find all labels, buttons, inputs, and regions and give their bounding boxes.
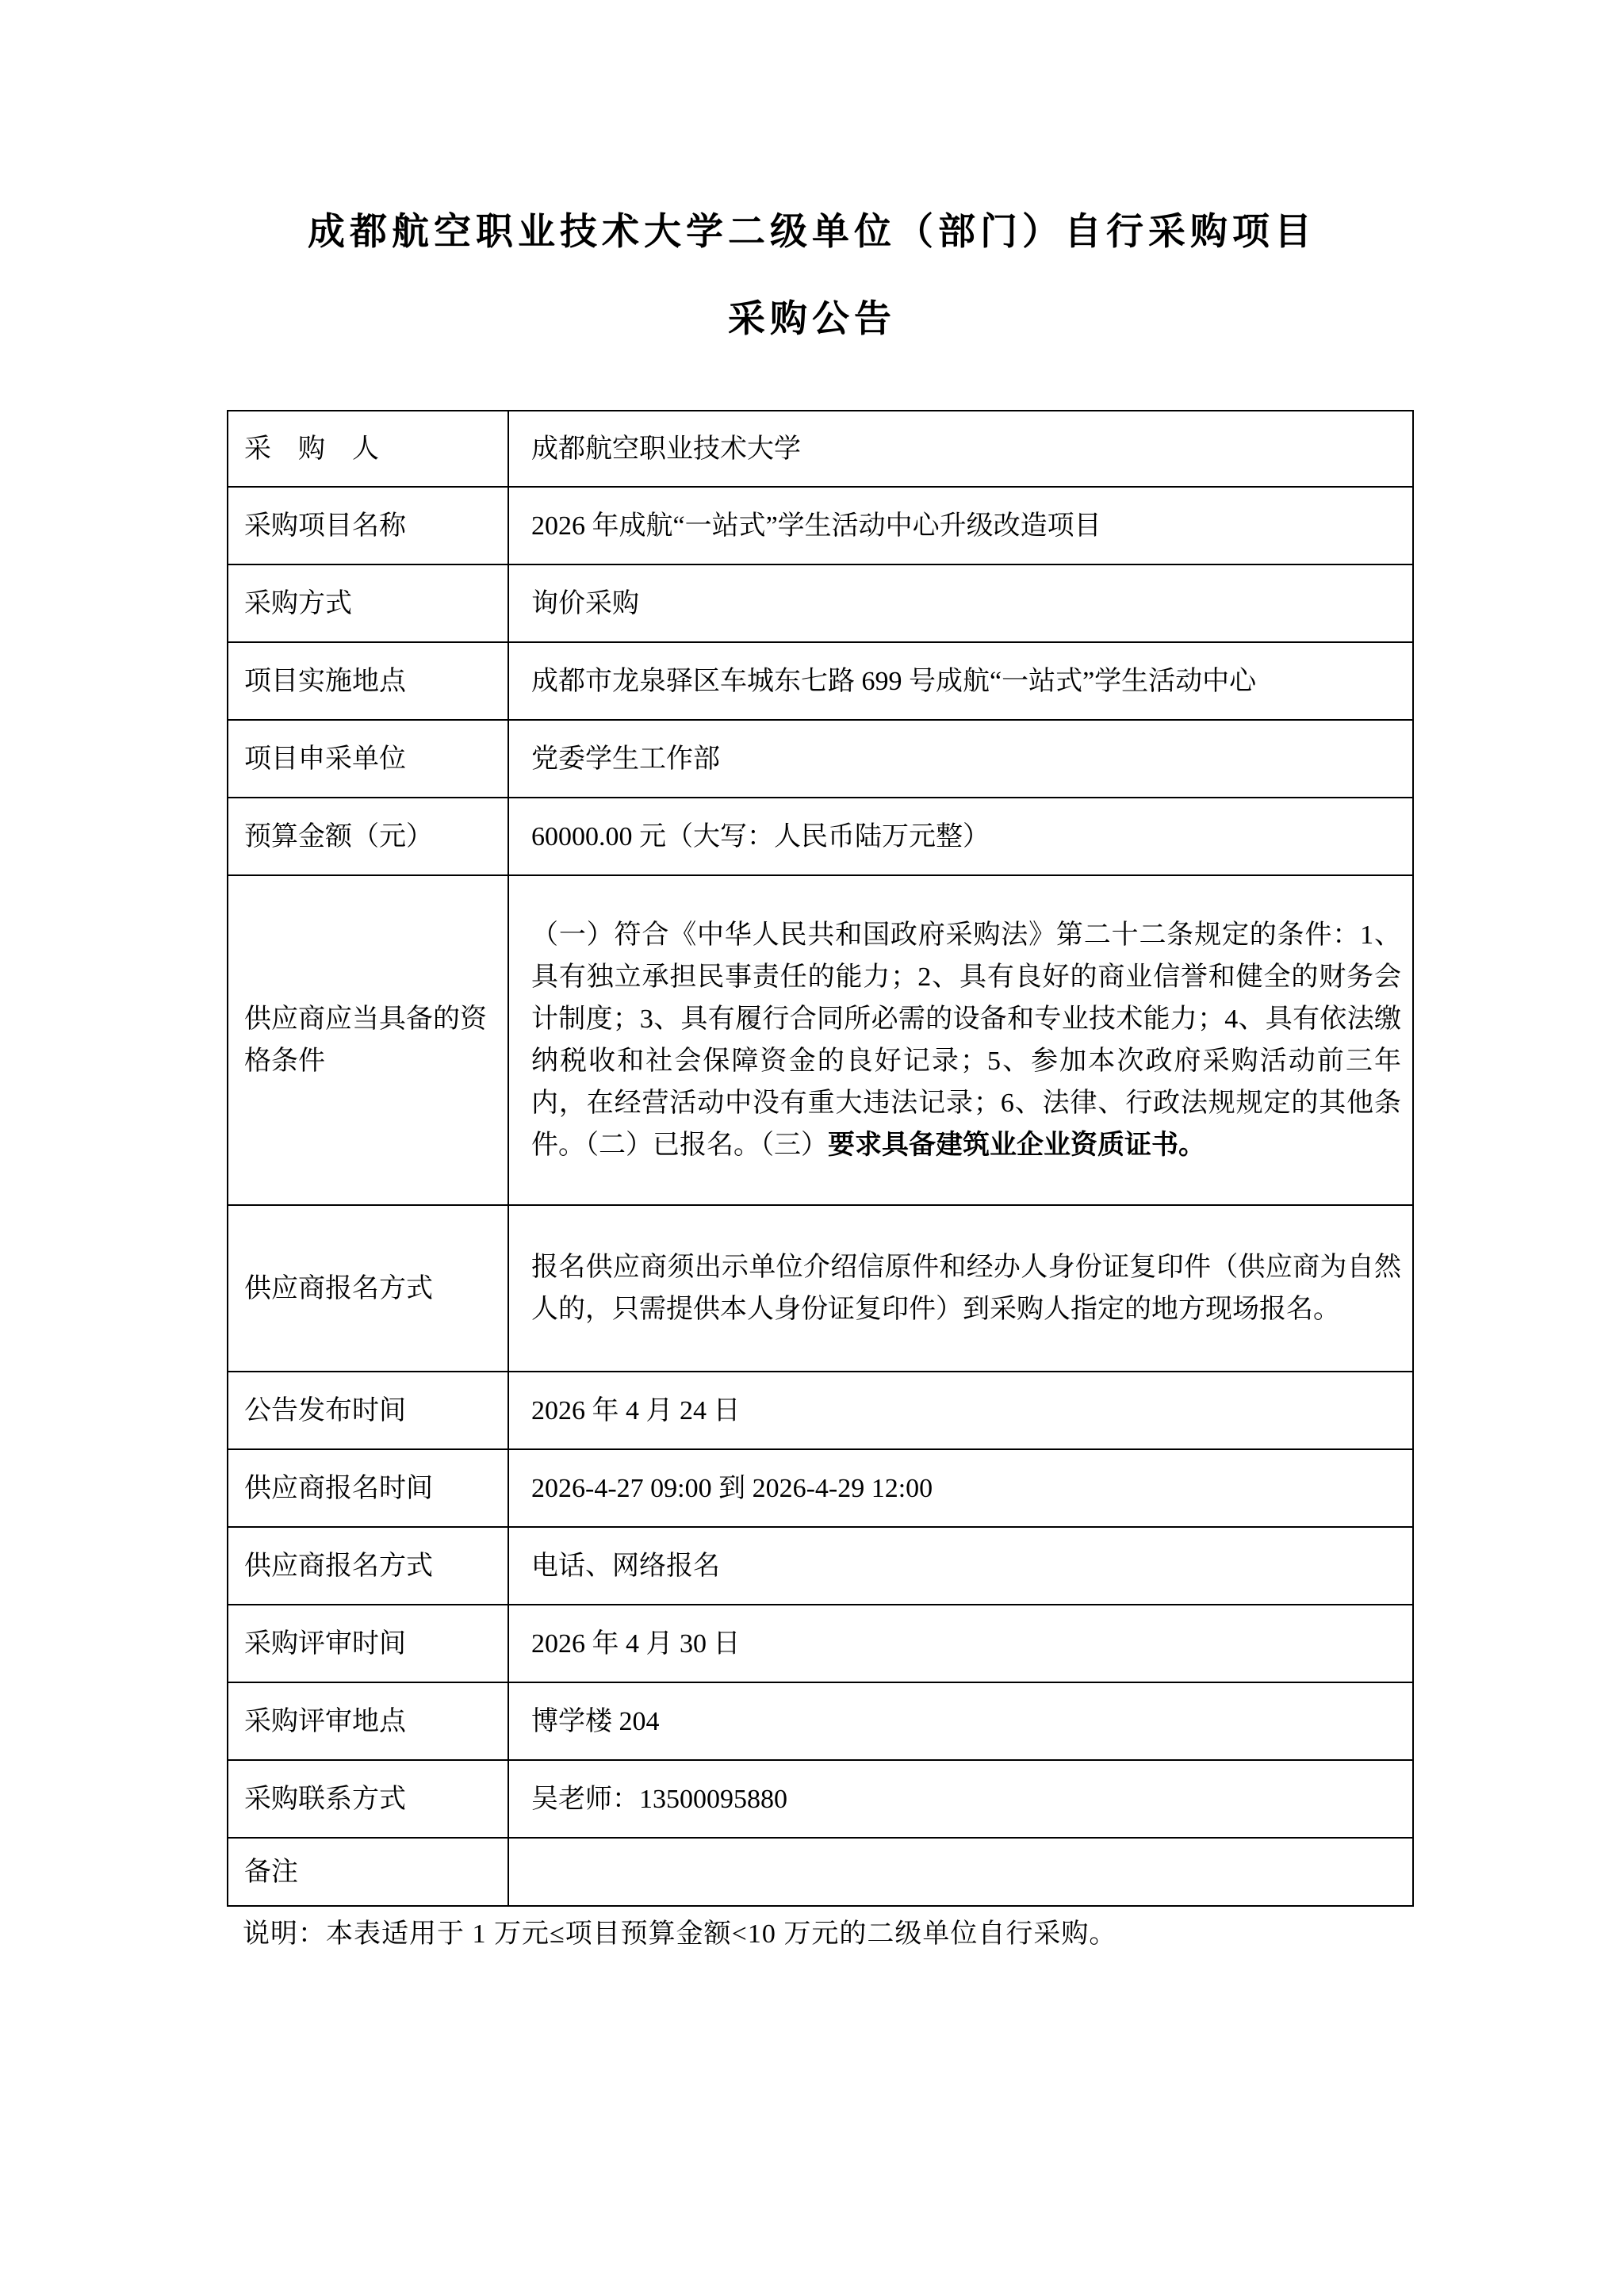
row-label-text: 供应商报名方式	[244, 1552, 433, 1581]
applying-unit-value: 党委学生工作部	[508, 720, 1413, 798]
row-label-text: 采购联系方式	[244, 1785, 406, 1814]
row-value-text: （一）符合《中华人民共和国政府采购法》第二十二条规定的条件：1、具有独立承担民事…	[531, 920, 1401, 1160]
row-value-text: 2026 年 4 月 30 日	[531, 1629, 741, 1659]
budget-amount-label: 预算金额（元）	[228, 798, 508, 875]
table-row-remarks: 备注	[228, 1838, 1413, 1906]
document-title-line1: 成都航空职业技术大学二级单位（部门）自行采购项目	[0, 211, 1624, 254]
table-row-implementation-location: 项目实施地点 成都市龙泉驿区车城东七路 699 号成航“一站式”学生活动中心	[228, 642, 1413, 720]
row-value-text: 博学楼 204	[531, 1707, 660, 1736]
project-name-value: 2026 年成航“一站式”学生活动中心升级改造项目	[508, 487, 1413, 564]
review-location-value: 博学楼 204	[508, 1682, 1413, 1760]
row-label-text: 公告发布时间	[244, 1396, 406, 1425]
registration-method-onsite-value: 报名供应商须出示单位介绍信原件和经办人身份证复印件（供应商为自然人的，只需提供本…	[508, 1205, 1413, 1372]
row-label-text: 项目实施地点	[244, 667, 406, 696]
supplier-qualifications-label: 供应商应当具备的资格条件	[228, 875, 508, 1205]
contact-label: 采购联系方式	[228, 1760, 508, 1838]
project-name-label: 采购项目名称	[228, 487, 508, 564]
table-row-applying-unit: 项目申采单位 党委学生工作部	[228, 720, 1413, 798]
row-label-text: 采购项目名称	[244, 511, 406, 541]
table-row-registration-method-onsite: 供应商报名方式 报名供应商须出示单位介绍信原件和经办人身份证复印件（供应商为自然…	[228, 1205, 1413, 1372]
procurement-method-label: 采购方式	[228, 564, 508, 642]
row-value-bold-text: 要求具备建筑业企业资质证书。	[828, 1131, 1205, 1160]
registration-method-label: 供应商报名方式	[228, 1527, 508, 1605]
table-row-project-name: 采购项目名称 2026 年成航“一站式”学生活动中心升级改造项目	[228, 487, 1413, 564]
row-label-text: 采购评审地点	[244, 1707, 406, 1736]
purchaser-label: 采 购 人	[228, 411, 508, 487]
row-label-text: 备注	[244, 1858, 298, 1887]
row-value-text: 成都市龙泉驿区车城东七路 699 号成航“一站式”学生活动中心	[531, 667, 1256, 696]
registration-time-value: 2026-4-27 09:00 到 2026-4-29 12:00	[508, 1449, 1413, 1527]
row-value-text: 党委学生工作部	[531, 744, 720, 774]
table-row-purchaser: 采 购 人 成都航空职业技术大学	[228, 411, 1413, 487]
table-row-review-location: 采购评审地点 博学楼 204	[228, 1682, 1413, 1760]
row-label-text: 供应商应当具备的资格条件	[244, 1004, 487, 1076]
row-value-text: 60000.00 元（大写：人民币陆万元整）	[531, 822, 990, 851]
announcement-date-value: 2026 年 4 月 24 日	[508, 1372, 1413, 1449]
contact-value: 吴老师：13500095880	[508, 1760, 1413, 1838]
row-value-text: 电话、网络报名	[531, 1552, 720, 1581]
implementation-location-value: 成都市龙泉驿区车城东七路 699 号成航“一站式”学生活动中心	[508, 642, 1413, 720]
supplier-qualifications-value: （一）符合《中华人民共和国政府采购法》第二十二条规定的条件：1、具有独立承担民事…	[508, 875, 1413, 1205]
review-time-label: 采购评审时间	[228, 1605, 508, 1682]
review-time-value: 2026 年 4 月 30 日	[508, 1605, 1413, 1682]
remarks-label: 备注	[228, 1838, 508, 1906]
row-label-text: 采购评审时间	[244, 1629, 406, 1659]
registration-method-onsite-label: 供应商报名方式	[228, 1205, 508, 1372]
applying-unit-label: 项目申采单位	[228, 720, 508, 798]
table-row-contact: 采购联系方式 吴老师：13500095880	[228, 1760, 1413, 1838]
document-title-line2: 采购公告	[0, 298, 1624, 341]
footer-note: 说明：本表适用于 1 万元≤项目预算金额<10 万元的二级单位自行采购。	[243, 1917, 1116, 1952]
row-label-text: 项目申采单位	[244, 744, 406, 774]
procurement-info-table: 采 购 人 成都航空职业技术大学 采购项目名称 2026 年成航“一站式”学生活…	[227, 410, 1414, 1907]
table-row-budget-amount: 预算金额（元） 60000.00 元（大写：人民币陆万元整）	[228, 798, 1413, 875]
procurement-method-value: 询价采购	[508, 564, 1413, 642]
row-value-text: 成都航空职业技术大学	[531, 434, 801, 464]
row-label-text: 采购方式	[244, 589, 352, 618]
purchaser-value: 成都航空职业技术大学	[508, 411, 1413, 487]
row-value-text: 报名供应商须出示单位介绍信原件和经办人身份证复印件（供应商为自然人的，只需提供本…	[531, 1253, 1401, 1324]
remarks-value	[508, 1838, 1413, 1906]
row-value-text: 2026 年 4 月 24 日	[531, 1396, 741, 1425]
table-row-registration-time: 供应商报名时间 2026-4-27 09:00 到 2026-4-29 12:0…	[228, 1449, 1413, 1527]
table-row-review-time: 采购评审时间 2026 年 4 月 30 日	[228, 1605, 1413, 1682]
row-value-text: 2026-4-27 09:00 到 2026-4-29 12:00	[531, 1474, 933, 1503]
row-value-text: 2026 年成航“一站式”学生活动中心升级改造项目	[531, 511, 1101, 541]
implementation-location-label: 项目实施地点	[228, 642, 508, 720]
registration-time-label: 供应商报名时间	[228, 1449, 508, 1527]
row-label-text: 采 购 人	[244, 434, 379, 464]
row-value-text: 询价采购	[531, 589, 639, 618]
budget-amount-value: 60000.00 元（大写：人民币陆万元整）	[508, 798, 1413, 875]
review-location-label: 采购评审地点	[228, 1682, 508, 1760]
row-value-text: 吴老师：13500095880	[531, 1785, 787, 1814]
table-row-supplier-qualifications: 供应商应当具备的资格条件 （一）符合《中华人民共和国政府采购法》第二十二条规定的…	[228, 875, 1413, 1205]
table-row-procurement-method: 采购方式 询价采购	[228, 564, 1413, 642]
table-row-announcement-date: 公告发布时间 2026 年 4 月 24 日	[228, 1372, 1413, 1449]
table-row-registration-method: 供应商报名方式 电话、网络报名	[228, 1527, 1413, 1605]
registration-method-value: 电话、网络报名	[508, 1527, 1413, 1605]
row-label-text: 预算金额（元）	[244, 822, 433, 851]
document-page: 成都航空职业技术大学二级单位（部门）自行采购项目 采购公告 采 购 人 成都航空…	[0, 0, 1624, 2296]
row-label-text: 供应商报名时间	[244, 1474, 433, 1503]
row-label-text: 供应商报名方式	[244, 1274, 433, 1303]
announcement-date-label: 公告发布时间	[228, 1372, 508, 1449]
